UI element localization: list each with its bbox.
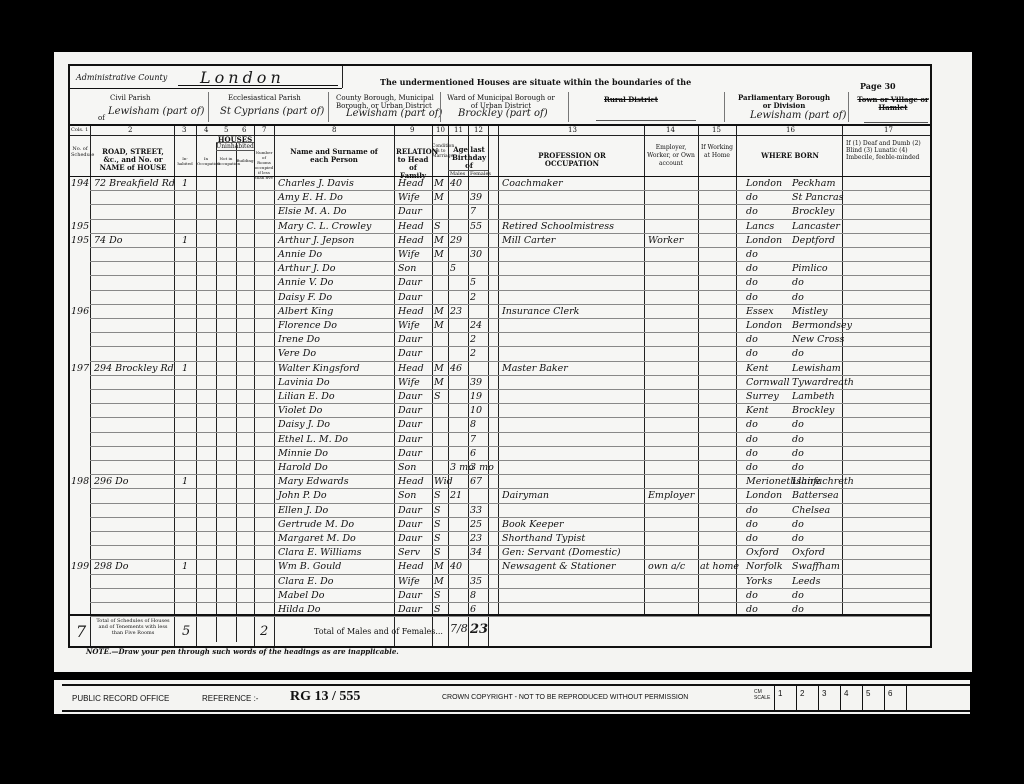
birth-county: do [746, 249, 758, 260]
person-name: Vere Do [278, 348, 316, 359]
birth-place: Leeds [792, 576, 821, 587]
row-rule [90, 432, 930, 433]
birth-county: Norfolk [746, 561, 783, 572]
marital-condition: S [434, 590, 441, 601]
birth-place: Oxford [792, 547, 825, 558]
schedule-number: 195 [71, 221, 89, 232]
marital-condition: M [434, 377, 444, 388]
person-name: Clara E. Williams [278, 547, 361, 558]
parliamentary-value: Lewisham (part of) [750, 110, 846, 121]
col-num-2: 2 [128, 126, 132, 134]
person-name: Mary Edwards [278, 476, 349, 487]
marital-condition: S [434, 391, 441, 402]
scale-mark-5: 5 [862, 686, 880, 710]
civil-parish-value: Lewisham (part of) [108, 106, 204, 117]
marital-condition: M [434, 249, 444, 260]
col-occupation-heading: PROFESSION OR OCCUPATION [510, 152, 634, 168]
person-name: Amy E. H. Do [278, 192, 343, 203]
age-male: 23 [450, 306, 462, 317]
col-num-12: 12 [474, 126, 483, 134]
row-rule [90, 503, 930, 504]
of-label: of [98, 114, 105, 122]
birth-county: Yorks [746, 576, 772, 587]
occupation: Coachmaker [502, 178, 563, 189]
relation: Daur [398, 590, 422, 601]
age-male: 5 [450, 263, 456, 274]
total-rooms: 2 [260, 624, 268, 639]
row-rule [90, 403, 930, 404]
birth-county: Cornwall [746, 377, 790, 388]
birth-place: Bermondsey [792, 320, 852, 331]
birth-place: Chelsea [792, 505, 830, 516]
birth-place: do [792, 348, 804, 359]
marital-condition: M [434, 235, 444, 246]
birth-county: do [746, 590, 758, 601]
col-num-8: 8 [332, 126, 336, 134]
address: 72 Breakfield Rd [94, 178, 175, 189]
person-name: Daisy F. Do [278, 292, 332, 303]
birth-place: Swaffham [792, 561, 840, 572]
age-female: 8 [470, 590, 476, 601]
row-rule [90, 389, 930, 390]
row-rule [90, 517, 930, 518]
address: 298 Do [94, 561, 129, 572]
birth-place: do [792, 292, 804, 303]
reference-value: RG 13 / 555 [290, 689, 360, 705]
person-name: Daisy J. Do [278, 419, 330, 430]
birth-county: London [746, 490, 782, 501]
birth-place: New Cross [792, 334, 844, 345]
person-name: Elsie M. A. Do [278, 206, 347, 217]
age-male: 40 [450, 178, 462, 189]
birth-county: do [746, 519, 758, 530]
row-rule [90, 346, 930, 347]
age-female: 30 [470, 249, 482, 260]
scale-mark-6: 6 [884, 686, 902, 710]
inhabited-count: 1 [182, 178, 188, 189]
row-rule [90, 559, 930, 560]
scale-mark-4: 4 [840, 686, 858, 710]
works-at-home: at home [700, 561, 739, 572]
scale-mark-2: 2 [796, 686, 814, 710]
col-num-11: 11 [454, 126, 463, 134]
relation: Head [398, 306, 424, 317]
birth-county: Essex [746, 306, 774, 317]
person-name: Ellen J. Do [278, 505, 328, 516]
person-name: Clara E. Do [278, 576, 334, 587]
marital-condition: M [434, 561, 444, 572]
birth-place: Brockley [792, 206, 834, 217]
relation: Serv [398, 547, 420, 558]
marital-condition: M [434, 192, 444, 203]
marital-condition: S [434, 505, 441, 516]
birth-place: Mistley [792, 306, 828, 317]
birth-place: Pimlico [792, 263, 828, 274]
office-label: PUBLIC RECORD OFFICE [72, 694, 169, 703]
age-female: 25 [470, 519, 482, 530]
marital-condition: M [434, 363, 444, 374]
occupation: Book Keeper [502, 519, 564, 530]
age-male: 46 [450, 363, 462, 374]
occupation: Retired Schoolmistress [502, 221, 614, 232]
birth-county: do [746, 462, 758, 473]
row-rule [90, 574, 930, 575]
person-name: Arthur J. Jepson [278, 235, 354, 246]
birth-place: Lewisham [792, 363, 841, 374]
person-name: Minnie Do [278, 448, 328, 459]
row-rule [90, 261, 930, 262]
birth-county: do [746, 292, 758, 303]
inhabited-count: 1 [182, 235, 188, 246]
age-female: 34 [470, 547, 482, 558]
birth-place: Deptford [792, 235, 835, 246]
col-infirmity-heading: If (1) Deaf and Dumb (2) Blind (3) Lunat… [846, 140, 926, 161]
town-label: Town or Village or Hamlet [856, 96, 930, 112]
birth-place: do [792, 448, 804, 459]
relation: Daur [398, 206, 422, 217]
birth-county: Surrey [746, 391, 779, 402]
row-rule [90, 545, 930, 546]
occupation: Newsagent & Stationer [502, 561, 616, 572]
col-age-heading: Age last Birthday of [452, 146, 486, 170]
relation: Head [398, 363, 424, 374]
col-num-17: 17 [884, 126, 893, 134]
row-rule [90, 460, 930, 461]
age-female: 19 [470, 391, 482, 402]
col-num-15: 15 [712, 126, 721, 134]
occupation: Mill Carter [502, 235, 555, 246]
relation: Wife [398, 192, 420, 203]
col-condition-heading: Condition as to Marriage [432, 144, 448, 159]
age-female: 2 [470, 348, 476, 359]
relation: Wife [398, 377, 420, 388]
person-name: Gertrude M. Do [278, 519, 354, 530]
birth-county: do [746, 277, 758, 288]
birth-place: St Pancras [792, 192, 844, 203]
relation: Wife [398, 576, 420, 587]
age-female: 3 mo [470, 462, 494, 473]
marital-condition: M [434, 306, 444, 317]
birth-place: Lancaster [792, 221, 840, 232]
schedule-number: 196 [71, 306, 89, 317]
age-female: 35 [470, 576, 482, 587]
relation: Daur [398, 505, 422, 516]
age-female: 23 [470, 533, 482, 544]
col-address-heading: ROAD, STREET, &c., and No. or NAME of HO… [94, 148, 172, 172]
person-name: Violet Do [278, 405, 322, 416]
marital-condition: S [434, 519, 441, 530]
relation: Daur [398, 434, 422, 445]
birth-county: do [746, 263, 758, 274]
relation: Daur [398, 405, 422, 416]
row-rule [90, 304, 930, 305]
row-rule [90, 247, 930, 248]
col-num-7: 7 [262, 126, 266, 134]
scale-label: CM SCALE [754, 689, 770, 701]
row-rule [90, 446, 930, 447]
occupation: Gen: Servant (Domestic) [502, 547, 621, 558]
birth-place: do [792, 419, 804, 430]
age-female: 7 [470, 206, 476, 217]
inhabited-count: 1 [182, 363, 188, 374]
birth-place: do [792, 519, 804, 530]
col-num-4: 4 [204, 126, 208, 134]
birth-place: do [792, 590, 804, 601]
relation: Wife [398, 249, 420, 260]
birth-county: do [746, 192, 758, 203]
col-building-heading: Building [236, 158, 254, 163]
relation: Daur [398, 391, 422, 402]
birth-county: do [746, 334, 758, 345]
age-male: 21 [450, 490, 462, 501]
birth-county: London [746, 235, 782, 246]
col-inhabited-heading: In-habited [176, 156, 194, 166]
birth-place: Battersea [792, 490, 839, 501]
scale-end [906, 686, 966, 710]
age-female: 67 [470, 476, 482, 487]
employment-status: Worker [648, 235, 683, 246]
schedule-number: 197 [71, 363, 89, 374]
age-female: 7 [470, 434, 476, 445]
age-female: 2 [470, 292, 476, 303]
col-num-3: 3 [182, 126, 186, 134]
inhabited-count: 1 [182, 476, 188, 487]
occupation: Dairyman [502, 490, 549, 501]
scale-mark-3: 3 [818, 686, 836, 710]
marital-condition: S [434, 547, 441, 558]
address: 74 Do [94, 235, 122, 246]
address: 294 Brockley Rd [94, 363, 174, 374]
birth-county: do [746, 348, 758, 359]
row-rule [90, 602, 930, 603]
row-rule [90, 318, 930, 319]
row-rule [90, 275, 930, 276]
eccl-parish-label: Ecclesiastical Parish [228, 94, 301, 102]
person-name: Charles J. Davis [278, 178, 354, 189]
birth-place: Peckham [792, 178, 835, 189]
occupation: Shorthand Typist [502, 533, 585, 544]
person-name: Ethel L. M. Do [278, 434, 348, 445]
marital-condition: M [434, 320, 444, 331]
page-number: Page 30 [860, 82, 896, 90]
person-name: Margaret M. Do [278, 533, 356, 544]
col-num-10: 10 [436, 126, 445, 134]
age-female: 24 [470, 320, 482, 331]
address: 296 Do [94, 476, 129, 487]
age-female: 2 [470, 334, 476, 345]
col-num-13: 13 [568, 126, 577, 134]
person-name: Mary C. L. Crowley [278, 221, 371, 232]
birth-county: Kent [746, 405, 768, 416]
schedule-number: 199 [71, 561, 89, 572]
person-name: John P. Do [278, 490, 327, 501]
relation: Daur [398, 277, 422, 288]
birth-county: London [746, 320, 782, 331]
relation: Head [398, 476, 424, 487]
person-name: Florence Do [278, 320, 337, 331]
col-num-5: 5 [224, 126, 228, 134]
row-rule [90, 219, 930, 220]
col-in-occupation-heading: In Occupation [197, 156, 215, 166]
age-female: 39 [470, 377, 482, 388]
relation: Son [398, 462, 416, 473]
col-at-home-heading: If Working at Home [700, 144, 734, 160]
col-name-heading: Name and Surname of each Person [284, 148, 384, 164]
person-name: Wm B. Gould [278, 561, 341, 572]
row-rule [90, 417, 930, 418]
person-name: Annie Do [278, 249, 322, 260]
rural-district-label: Rural District [604, 96, 658, 104]
intro-text: The undermentioned Houses are situate wi… [380, 78, 691, 86]
relation: Head [398, 221, 424, 232]
age-female: 39 [470, 192, 482, 203]
relation: Head [398, 235, 424, 246]
person-name: Walter Kingsford [278, 363, 360, 374]
col-schedule-heading: No. of Schedule [71, 146, 89, 158]
birth-place: do [792, 434, 804, 445]
row-rule [90, 375, 930, 376]
person-name: Arthur J. Do [278, 263, 335, 274]
employment-status: Employer [648, 490, 694, 501]
age-female: 55 [470, 221, 482, 232]
birth-county: Oxford [746, 547, 779, 558]
relation: Son [398, 490, 416, 501]
occupation: Master Baker [502, 363, 568, 374]
birth-county: do [746, 434, 758, 445]
person-name: Mabel Do [278, 590, 325, 601]
row-rule [90, 290, 930, 291]
eccl-parish-value: St Cyprians (part of) [220, 106, 324, 117]
total-inhabited: 5 [182, 624, 190, 639]
civil-parish-label: Civil Parish [110, 94, 151, 102]
age-female: 10 [470, 405, 482, 416]
relation: Daur [398, 334, 422, 345]
marital-condition: S [434, 490, 441, 501]
relation: Daur [398, 292, 422, 303]
col-num-16: 16 [786, 126, 795, 134]
row-rule [90, 531, 930, 532]
age-female: 33 [470, 505, 482, 516]
census-form: Administrative County London The underme… [68, 64, 932, 648]
row-rule [90, 190, 930, 191]
col-num-14: 14 [666, 126, 675, 134]
relation: Daur [398, 533, 422, 544]
birth-county: do [746, 533, 758, 544]
marital-condition: S [434, 533, 441, 544]
col-num-9: 9 [410, 126, 414, 134]
col-not-in-occupation-heading: Not in Occupation [217, 156, 235, 166]
birth-county: do [746, 419, 758, 430]
marital-condition: M [434, 576, 444, 587]
parliamentary-label: Parliamentary Borough or Division [734, 94, 834, 110]
birth-county: do [746, 206, 758, 217]
relation: Head [398, 561, 424, 572]
birth-county: Lancs [746, 221, 774, 232]
row-rule [90, 332, 930, 333]
person-name: Lilian E. Do [278, 391, 335, 402]
row-rule [90, 474, 930, 475]
marital-condition: M [434, 178, 444, 189]
birth-county: Kent [746, 363, 768, 374]
relation: Daur [398, 348, 422, 359]
relation: Head [398, 178, 424, 189]
col-employer-heading: Employer, Worker, or Own account [646, 144, 696, 168]
schedule-number: 198 [71, 476, 89, 487]
row-rule [90, 361, 930, 362]
person-name: Irene Do [278, 334, 320, 345]
row-rule [90, 588, 930, 589]
marital-condition: Wid [434, 476, 453, 487]
age-female: 5 [470, 277, 476, 288]
employment-status: own a/c [648, 561, 685, 572]
age-male: 29 [450, 235, 462, 246]
relation: Daur [398, 519, 422, 530]
occupation: Insurance Clerk [502, 306, 579, 317]
admin-county-label: Administrative County [76, 74, 167, 82]
birth-place: do [792, 533, 804, 544]
person-name: Harold Do [278, 462, 328, 473]
scale-mark-1: 1 [774, 686, 792, 710]
borough-value: Lewisham (part of) [346, 108, 442, 119]
row-rule [90, 204, 930, 205]
total-males: 7/8 [450, 622, 468, 635]
birth-county: do [746, 448, 758, 459]
birth-place: Brockley [792, 405, 834, 416]
schedule-number: 195 [71, 235, 89, 246]
archive-footer: PUBLIC RECORD OFFICE REFERENCE :- RG 13 … [54, 680, 970, 714]
copyright-notice: CROWN COPYRIGHT - NOT TO BE REPRODUCED W… [442, 694, 688, 701]
inhabited-count: 1 [182, 561, 188, 572]
relation: Wife [398, 320, 420, 331]
relation: Son [398, 263, 416, 274]
relation: Daur [398, 448, 422, 459]
schedule-number: 194 [71, 178, 89, 189]
age-female: 8 [470, 419, 476, 430]
person-name: Albert King [278, 306, 333, 317]
row-rule [90, 616, 930, 617]
age-male: 40 [450, 561, 462, 572]
col-where-born-heading: WHERE BORN [746, 152, 834, 160]
reference-label: REFERENCE :- [202, 694, 258, 703]
birth-place: do [792, 277, 804, 288]
marital-condition: S [434, 221, 441, 232]
col-num-1: Cols. 1 [71, 126, 88, 134]
birth-place: Llanfachreth [792, 476, 854, 487]
col-num-6: 6 [242, 126, 246, 134]
birth-place: do [792, 462, 804, 473]
row-rule [90, 233, 930, 234]
birth-county: do [746, 505, 758, 516]
total-schedules: 7 [76, 622, 86, 641]
birth-place: Tywardreath [792, 377, 854, 388]
total-schedules-label: Total of Schedules of Houses and of Tene… [94, 618, 172, 636]
relation: Daur [398, 419, 422, 430]
total-females: 23 [470, 622, 488, 637]
birth-place: Lambeth [792, 391, 835, 402]
person-name: Annie V. Do [278, 277, 333, 288]
row-rule [90, 488, 930, 489]
birth-county: London [746, 178, 782, 189]
total-persons-label: Total of Males and of Females... [314, 628, 443, 636]
footnote: NOTE.—Draw your pen through such words o… [86, 648, 399, 656]
ward-value: Brockley (part of) [458, 108, 548, 119]
age-female: 6 [470, 448, 476, 459]
person-name: Lavinia Do [278, 377, 330, 388]
